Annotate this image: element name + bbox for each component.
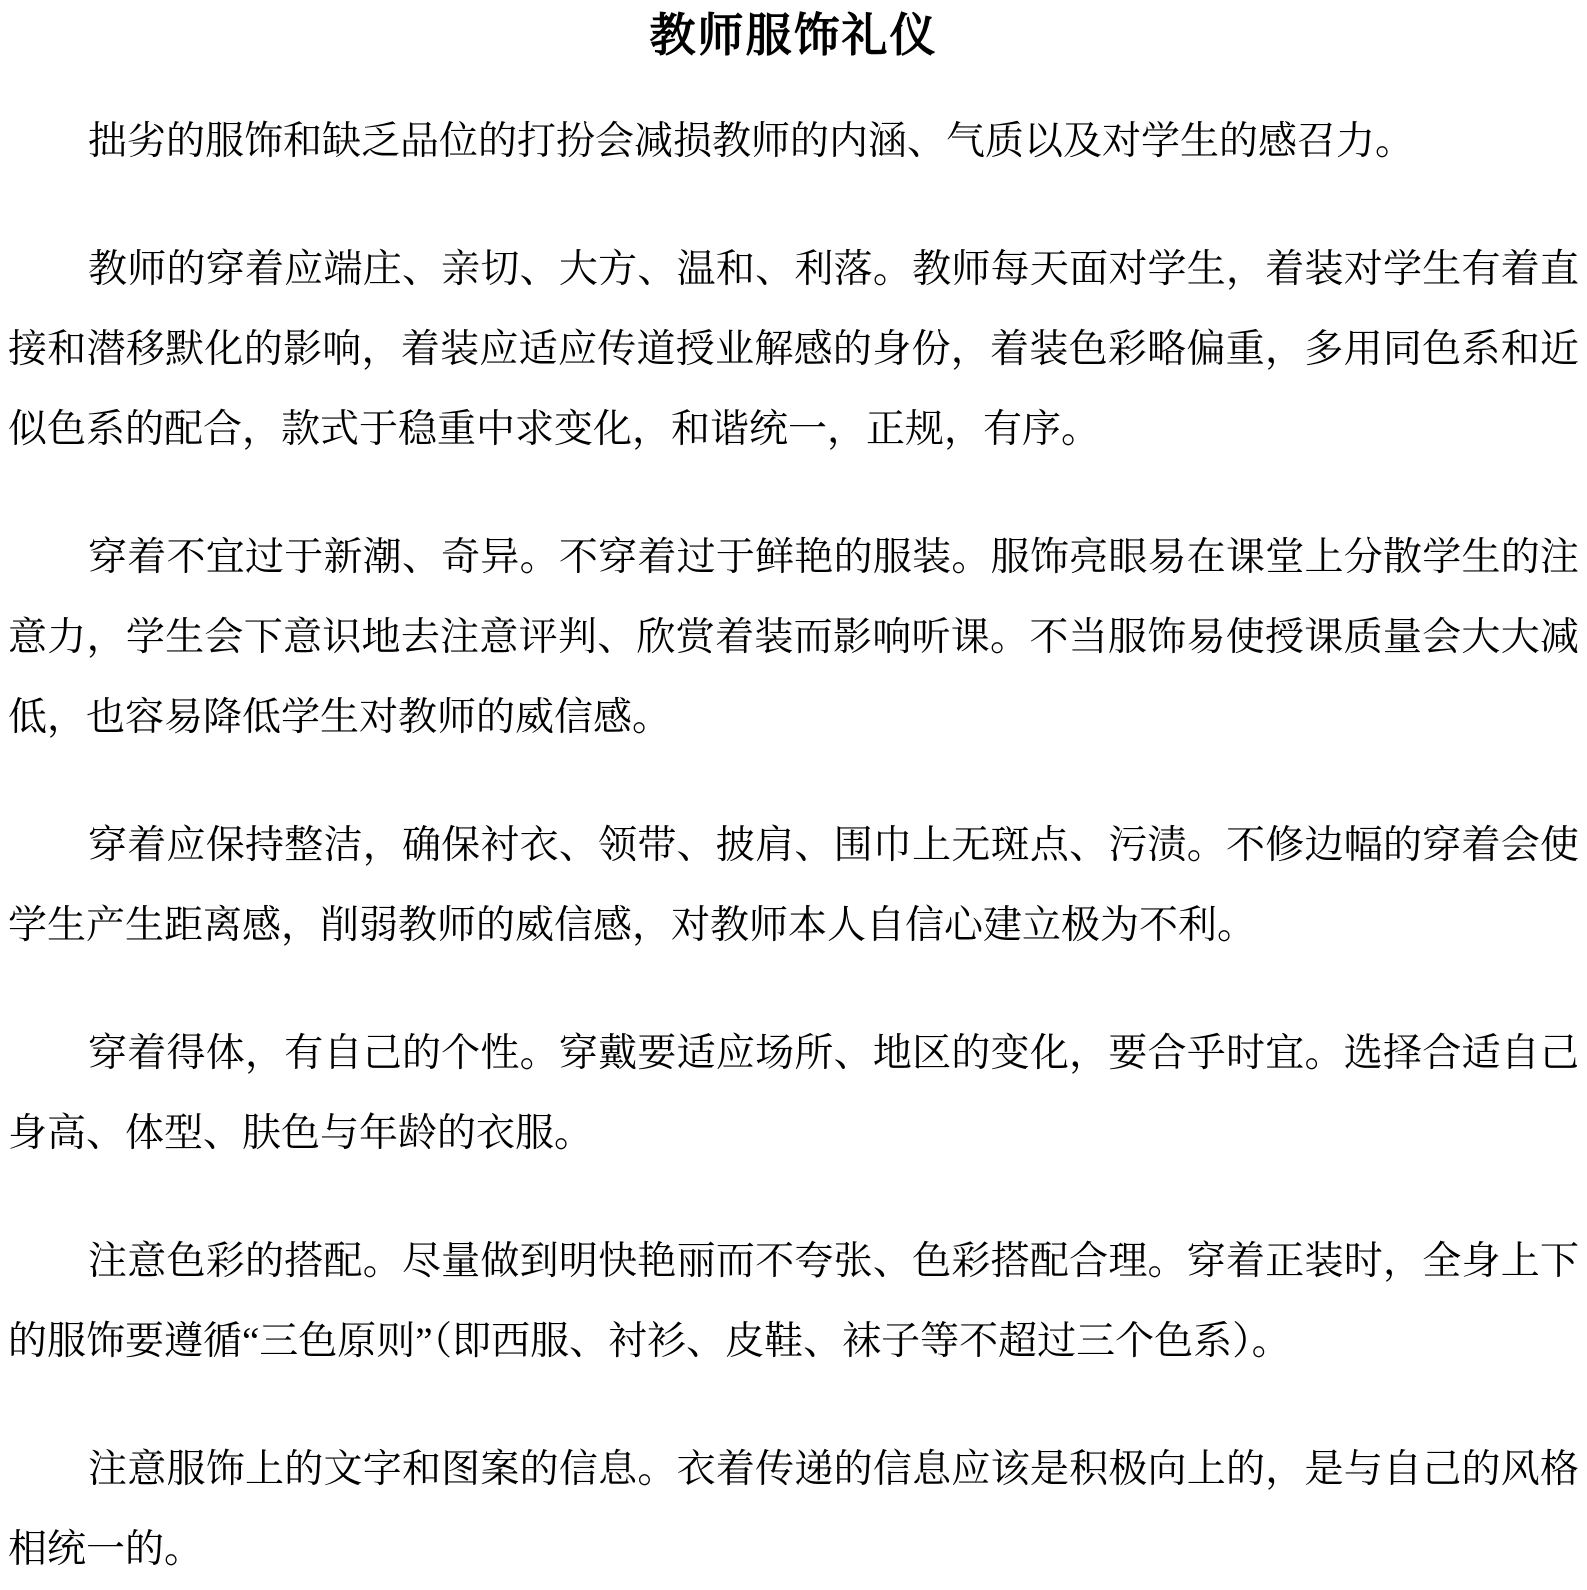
paragraph-avoid-flashy: 穿着不宜过于新潮、奇异。不穿着过于鲜艳的服装。服饰亮眼易在课堂上分散学生的注意力… [0, 518, 1587, 758]
paragraph-color-matching: 注意色彩的搭配。尽量做到明快艳丽而不夸张、色彩搭配合理。穿着正装时，全身上下的服… [0, 1222, 1587, 1382]
paragraph-dress-style: 教师的穿着应端庄、亲切、大方、温和、利落。教师每天面对学生，着装对学生有着直接和… [0, 230, 1587, 470]
paragraph-text-and-patterns: 注意服饰上的文字和图案的信息。衣着传递的信息应该是积极向上的，是与自己的风格相统… [0, 1430, 1587, 1590]
paragraph-intro: 拙劣的服饰和缺乏品位的打扮会减损教师的内涵、气质以及对学生的感召力。 [0, 102, 1587, 182]
paragraph-keep-clean: 穿着应保持整洁，确保衬衣、领带、披肩、围巾上无斑点、污渍。不修边幅的穿着会使学生… [0, 806, 1587, 966]
paragraph-fit-occasion: 穿着得体，有自己的个性。穿戴要适应场所、地区的变化，要合乎时宜。选择合适自己身高… [0, 1014, 1587, 1174]
document-page: 教师服饰礼仪 拙劣的服饰和缺乏品位的打扮会减损教师的内涵、气质以及对学生的感召力… [0, 0, 1587, 1590]
page-title: 教师服饰礼仪 [0, 6, 1587, 66]
